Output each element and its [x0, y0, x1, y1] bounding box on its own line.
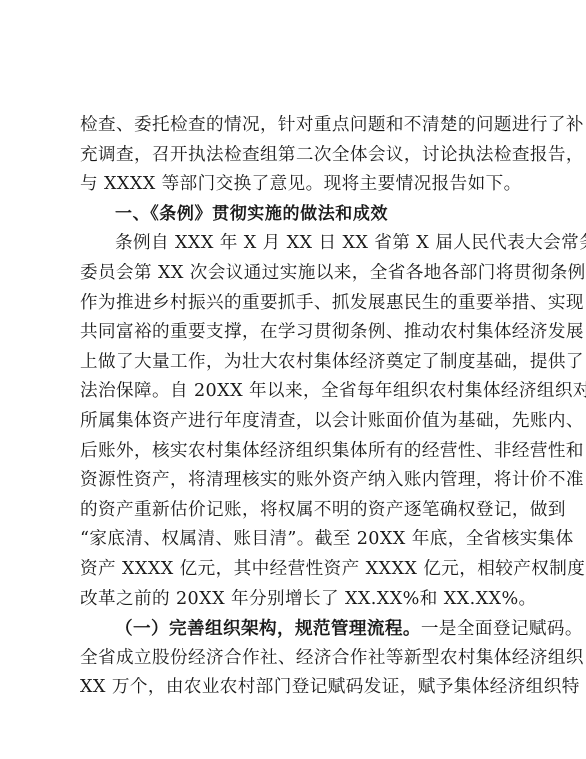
body-line-9: 资源性资产，将清理核实的账外资产纳入账内管理，将计价不准 [80, 466, 504, 496]
intro-line-2: 充调查，召开执法检查组第二次全体会议，讨论执法检查报告， [80, 141, 504, 171]
body-line-7: 所属集体资产进行年度清查，以会计账面价值为基础，先账内、 [80, 407, 504, 437]
subsection-first-line: （一）完善组织架构，规范管理流程。一是全面登记赋码。 [80, 614, 504, 644]
section-heading: 一、《条例》贯彻实施的做法和成效 [80, 200, 504, 230]
body-line-13: 改革之前的 20XX 年分别增长了 XX.XX%和 XX.XX%。 [80, 585, 504, 615]
subsection-title: （一）完善组织架构，规范管理流程。 [115, 618, 421, 639]
document-page: 检查、委托检查的情况，针对重点问题和不清楚的问题进行了补 充调查，召开执法检查组… [80, 111, 504, 703]
body-line-2: 委员会第 XX 次会议通过实施以来，全省各地各部门将贯彻条例 [80, 259, 504, 289]
body-line-4: 共同富裕的重要支撑，在学习贯彻条例、推动农村集体经济发展 [80, 318, 504, 348]
body-line-5: 上做了大量工作，为壮大农村集体经济奠定了制度基础，提供了 [80, 348, 504, 378]
body-line-10: 的资产重新估价记账，将权属不明的资产逐笔确权登记，做到 [80, 496, 504, 526]
body-line-12: 资产 XXXX 亿元，其中经营性资产 XXXX 亿元，相较产权制度 [80, 555, 504, 585]
body-line-6: 法治保障。自 20XX 年以来，全省每年组织农村集体经济组织对 [80, 377, 504, 407]
subsection-line-2: 全省成立股份经济合作社、经济合作社等新型农村集体经济组织 [80, 644, 504, 674]
subsection-lead: 一是全面登记赋码。 [421, 619, 583, 639]
intro-line-3: 与 XXXX 等部门交换了意见。现将主要情况报告如下。 [80, 170, 504, 200]
body-line-1: 条例自 XXX 年 X 月 XX 日 XX 省第 X 届人民代表大会常务 [80, 229, 504, 259]
body-line-8: 后账外，核实农村集体经济组织集体所有的经营性、非经营性和 [80, 437, 504, 467]
subsection-line-3: XX 万个，由农业农村部门登记赋码发证，赋予集体经济组织特 [80, 673, 504, 703]
body-line-3: 作为推进乡村振兴的重要抓手、抓发展惠民生的重要举措、实现 [80, 289, 504, 319]
intro-line-1: 检查、委托检查的情况，针对重点问题和不清楚的问题进行了补 [80, 111, 504, 141]
body-line-11: “家底清、权属清、账目清”。截至 20XX 年底，全省核实集体 [80, 525, 504, 555]
